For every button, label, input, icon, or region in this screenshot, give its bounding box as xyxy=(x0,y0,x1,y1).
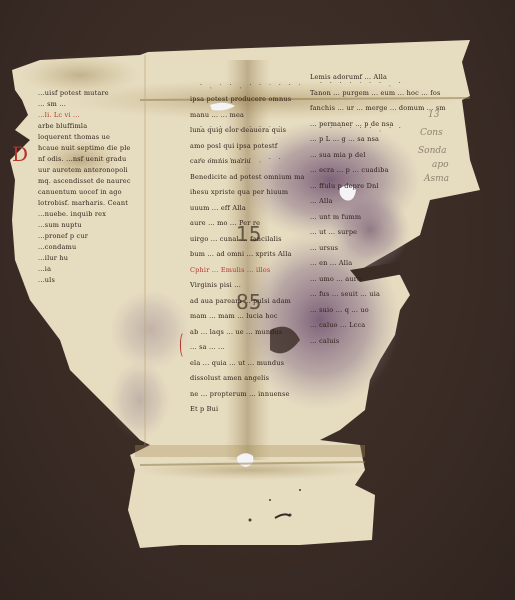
text-line: ne ... propterum ... innuense xyxy=(190,387,305,403)
text-line: uuum ... eff Alla xyxy=(190,201,305,217)
pencil-annotation: apo xyxy=(432,160,449,170)
text-line: ... en ... Alla xyxy=(310,256,446,272)
pencil-annotation: Sonda xyxy=(418,146,447,156)
text-line: ... umo ... auro xyxy=(310,272,446,288)
rubric-line: ...li. Lc vi ... xyxy=(38,110,131,121)
text-line: ...ia xyxy=(38,264,131,275)
text-line: ...sum nuptu xyxy=(38,220,131,231)
text-line: ipsa potest producere omnus xyxy=(190,92,305,108)
text-line: ... unt m fumm xyxy=(310,210,446,226)
text-line: Lemis adorumf ... Alla xyxy=(310,70,446,86)
text-line: amo posl qui ipsa potestf xyxy=(190,139,305,155)
shelf-number: 15 xyxy=(236,222,261,246)
text-line: ihesu xpriste qua per hiuum xyxy=(190,185,305,201)
text-line: ...uls xyxy=(38,275,131,286)
text-line: Benedicite ad potest omnium ma xyxy=(190,170,305,186)
text-line: arbe bluffimla xyxy=(38,121,131,132)
text-line: ...pronef p cur xyxy=(38,231,131,242)
text-line: mq. ascendisset de naurec xyxy=(38,176,131,187)
pencil-annotation: 13 xyxy=(428,110,439,120)
text-line: ... Alla xyxy=(310,194,446,210)
pencil-annotation: Cons xyxy=(420,128,443,138)
text-line: lotrobisf. marharis. Ceant xyxy=(38,198,131,209)
text-line: canuentum uocef in ago xyxy=(38,187,131,198)
text-line: Tanon ... purgem ... eum ... hoc ... fos xyxy=(310,86,446,102)
text-line: ...nuebe. inquib rex xyxy=(38,209,131,220)
rubric-line: Cphir ... Emulis ... illos xyxy=(190,263,305,279)
text-line: ...ilur hu xyxy=(38,253,131,264)
text-line: ...condamu xyxy=(38,242,131,253)
right-column: Lemis adorumf ... Alla Tanon ... purgem … xyxy=(310,70,446,349)
text-line: ...uisf potest mutare xyxy=(38,88,131,99)
text-line: ... fus ... seuit ... uia xyxy=(310,287,446,303)
middle-column: ipsa potest producere omnus manu ... ...… xyxy=(190,92,305,418)
text-line: dissolust amen angelis xyxy=(190,371,305,387)
text-line: ... caluo ... Lcca xyxy=(310,318,446,334)
text-line: ... sa ... ... xyxy=(190,340,305,356)
text-line: ... suio ... q ... uo xyxy=(310,303,446,319)
text-line: loquerent thomas ue xyxy=(38,132,131,143)
left-column: ...uisf potest mutare ... sm ... ...li. … xyxy=(38,88,131,286)
text-line: ela ... quia ... ut ... mundus xyxy=(190,356,305,372)
text-line: manu ... ... mea xyxy=(190,108,305,124)
neume-row: · ˏ ˑ · ˏ · · ˑ · · ˑ xyxy=(200,82,304,89)
initial-letter-d: D xyxy=(12,142,28,166)
text-line: ... ursus xyxy=(310,241,446,257)
text-line: ... caluis xyxy=(310,334,446,350)
text-line: hcaue nuit septimo die ple xyxy=(38,143,131,154)
text-line: uur auretem anteronopoli xyxy=(38,165,131,176)
text-line: bum ... ad omni ... xprits Alla xyxy=(190,247,305,263)
text-line: ... sm ... xyxy=(38,99,131,110)
text-line: ab ... laqs ... ue ... mundus xyxy=(190,325,305,341)
shelf-number: 85 xyxy=(236,290,261,314)
initial-letter-red: ( xyxy=(179,330,183,360)
neume-row: · · ˑ · · · ˏ · · xyxy=(200,156,284,163)
neume-row: · ˑ · · ˏ · · ˑ · xyxy=(200,124,284,131)
text-line: fanchis ... ur ... merge ... domum ... s… xyxy=(310,101,446,117)
pencil-annotation: Asma xyxy=(424,174,449,184)
text-line: nf odis. ...nsf uenit gradu xyxy=(38,154,131,165)
text-line: ... ut ... surpe xyxy=(310,225,446,241)
text-line: Et p Bui xyxy=(190,402,305,418)
